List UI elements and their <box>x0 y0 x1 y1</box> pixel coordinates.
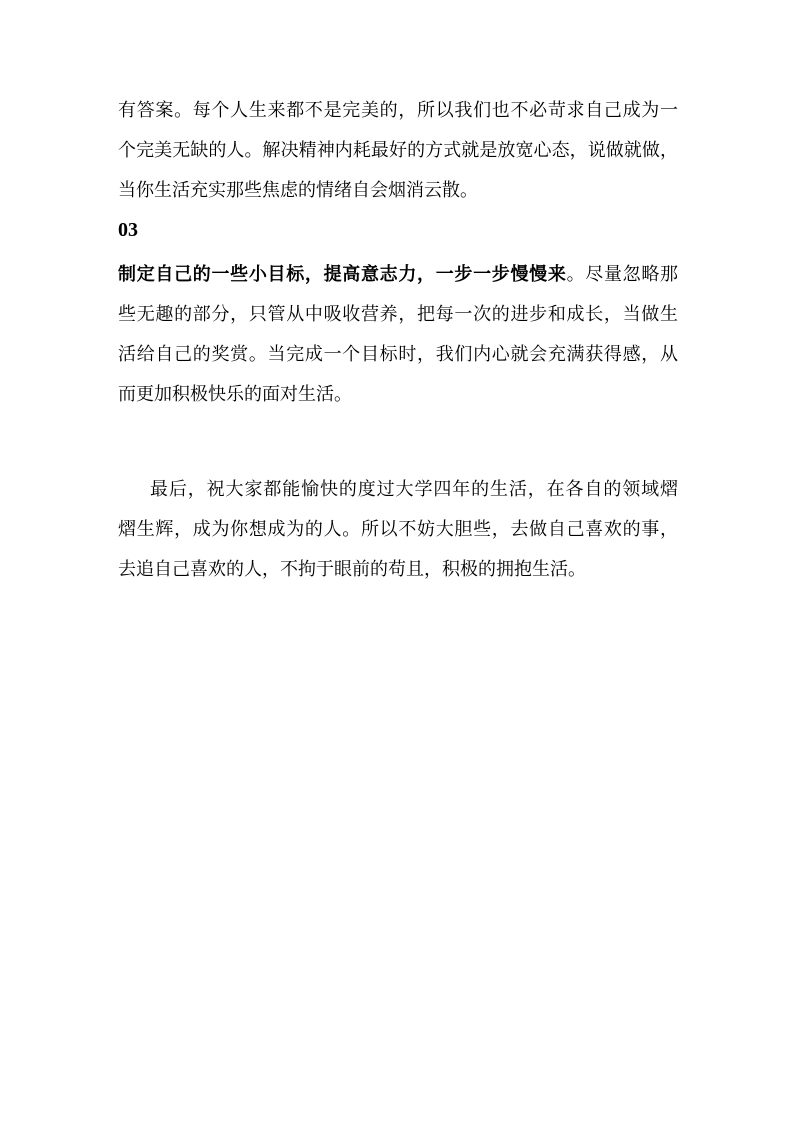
text-line: 最后，祝大家都能愉快的度过大学四年的生活，在各自的领域熠 <box>118 469 678 509</box>
document-page: 有答案。每个人生来都不是完美的，所以我们也不必苛求自己成为一 个完美无缺的人。解… <box>0 0 793 1122</box>
document-body: 有答案。每个人生来都不是完美的，所以我们也不必苛求自己成为一 个完美无缺的人。解… <box>0 0 793 589</box>
bold-lead-sentence: 制定自己的一些小目标，提高意志力，一步一步慢慢来 <box>118 264 567 284</box>
text-line: 而更加积极快乐的面对生活。 <box>118 374 678 414</box>
paragraph-closing: 最后，祝大家都能愉快的度过大学四年的生活，在各自的领域熠 熠生辉，成为你想成为的… <box>118 469 678 589</box>
text-line: 活给自己的奖赏。当完成一个目标时，我们内心就会充满获得感，从 <box>118 334 678 374</box>
paragraph-goals: 制定自己的一些小目标，提高意志力，一步一步慢慢来。尽量忽略那 些无趣的部分，只管… <box>118 254 678 414</box>
text-line: 当你生活充实那些焦虑的情绪自会烟消云散。 <box>118 170 678 210</box>
text-line: 些无趣的部分，只管从中吸收营养，把每一次的进步和成长，当做生 <box>118 294 678 334</box>
text-line: 熠生辉，成为你想成为的人。所以不妨大胆些，去做自己喜欢的事， <box>118 509 678 549</box>
section-number-heading: 03 <box>118 210 678 250</box>
text-line: 有答案。每个人生来都不是完美的，所以我们也不必苛求自己成为一 <box>118 90 678 130</box>
text-line: 制定自己的一些小目标，提高意志力，一步一步慢慢来。尽量忽略那 <box>118 254 678 294</box>
paragraph-continuation: 有答案。每个人生来都不是完美的，所以我们也不必苛求自己成为一 个完美无缺的人。解… <box>118 90 678 210</box>
text-run: 。尽量忽略那 <box>567 264 678 284</box>
text-line: 个完美无缺的人。解决精神内耗最好的方式就是放宽心态，说做就做， <box>118 130 678 170</box>
text-line: 去追自己喜欢的人，不拘于眼前的苟且，积极的拥抱生活。 <box>118 549 678 589</box>
